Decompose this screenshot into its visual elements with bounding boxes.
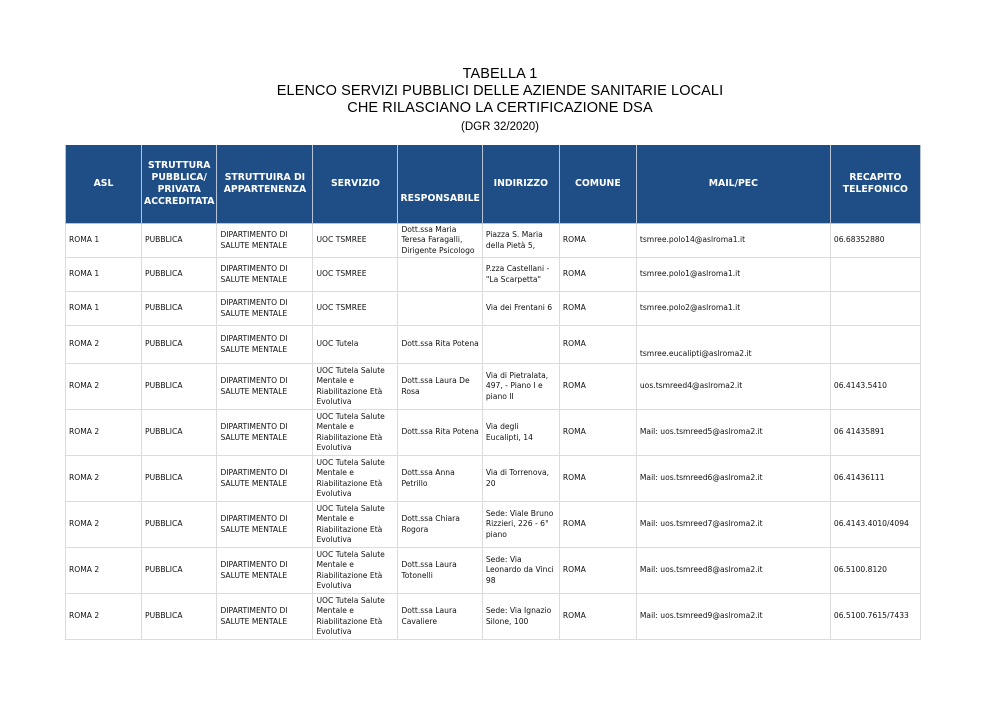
struttura-cell: PUBBLICA bbox=[142, 502, 217, 548]
struttura-cell: PUBBLICA bbox=[142, 456, 217, 502]
telefono-cell: 06 41435891 bbox=[830, 410, 920, 456]
table-row: ROMA 1PUBBLICADIPARTIMENTO DI SALUTE MEN… bbox=[66, 292, 921, 326]
struttura-cell: PUBBLICA bbox=[142, 548, 217, 594]
servizio-cell: UOC TSMREE bbox=[313, 292, 398, 326]
asl-cell: ROMA 1 bbox=[66, 292, 142, 326]
document-subtitle: (DGR 32/2020) bbox=[0, 118, 1000, 136]
appartenenza-cell: DIPARTIMENTO DI SALUTE MENTALE bbox=[217, 548, 313, 594]
responsabile-cell: Dott.ssa Laura Cavaliere bbox=[398, 594, 482, 640]
struttura-cell: PUBBLICA bbox=[142, 292, 217, 326]
struttura-cell: PUBBLICA bbox=[142, 410, 217, 456]
indirizzo-cell: Via di Pietralata, 497, - Piano I e pian… bbox=[482, 364, 559, 410]
asl-cell: ROMA 2 bbox=[66, 326, 142, 364]
comune-cell: ROMA bbox=[559, 292, 636, 326]
telefono-cell: 06.5100.7615/7433 bbox=[830, 594, 920, 640]
indirizzo-cell: Sede: Via Ignazio Silone, 100 bbox=[482, 594, 559, 640]
appartenenza-cell: DIPARTIMENTO DI SALUTE MENTALE bbox=[217, 594, 313, 640]
indirizzo-cell: Via degli Eucalipti, 14 bbox=[482, 410, 559, 456]
column-header-mail: MAIL/PEC bbox=[636, 145, 830, 224]
comune-cell: ROMA bbox=[559, 548, 636, 594]
responsabile-cell: Dott.ssa Rita Potena bbox=[398, 326, 482, 364]
indirizzo-cell: Piazza S. Maria della Pietà 5, bbox=[482, 224, 559, 258]
comune-cell: ROMA bbox=[559, 502, 636, 548]
table-header-row: ASL STRUTTURA PUBBLICA/ PRIVATA ACCREDIT… bbox=[66, 145, 921, 224]
mail-cell[interactable]: Mail: uos.tsmreed5@aslroma2.it bbox=[636, 410, 830, 456]
comune-cell: ROMA bbox=[559, 364, 636, 410]
document-header: TABELLA 1 ELENCO SERVIZI PUBBLICI DELLE … bbox=[0, 66, 1000, 136]
table-row: ROMA 1PUBBLICADIPARTIMENTO DI SALUTE MEN… bbox=[66, 258, 921, 292]
asl-cell: ROMA 2 bbox=[66, 364, 142, 410]
responsabile-cell: Dott.ssa Anna Petrillo bbox=[398, 456, 482, 502]
struttura-cell: PUBBLICA bbox=[142, 326, 217, 364]
appartenenza-cell: DIPARTIMENTO DI SALUTE MENTALE bbox=[217, 456, 313, 502]
responsabile-cell: Dott.ssa Laura De Rosa bbox=[398, 364, 482, 410]
servizio-cell: UOC TSMREE bbox=[313, 224, 398, 258]
mail-cell[interactable]: tsmree.polo14@aslroma1.it bbox=[636, 224, 830, 258]
table-number-title: TABELLA 1 bbox=[0, 66, 1000, 83]
asl-cell: ROMA 2 bbox=[66, 594, 142, 640]
comune-cell: ROMA bbox=[559, 594, 636, 640]
table-row: ROMA 2PUBBLICADIPARTIMENTO DI SALUTE MEN… bbox=[66, 410, 921, 456]
column-header-responsabile: RESPONSABILE bbox=[398, 145, 482, 224]
indirizzo-cell: Sede: Viale Bruno Rizzieri, 226 - 6° pia… bbox=[482, 502, 559, 548]
servizio-cell: UOC Tutela Salute Mentale e Riabilitazio… bbox=[313, 364, 398, 410]
column-header-appartenenza: STRUTTUIRA DI APPARTENENZA bbox=[217, 145, 313, 224]
servizio-cell: UOC TSMREE bbox=[313, 258, 398, 292]
appartenenza-cell: DIPARTIMENTO DI SALUTE MENTALE bbox=[217, 364, 313, 410]
table-row: ROMA 2PUBBLICADIPARTIMENTO DI SALUTE MEN… bbox=[66, 594, 921, 640]
asl-cell: ROMA 2 bbox=[66, 502, 142, 548]
appartenenza-cell: DIPARTIMENTO DI SALUTE MENTALE bbox=[217, 410, 313, 456]
indirizzo-cell: Via dei Frentani 6 bbox=[482, 292, 559, 326]
indirizzo-cell bbox=[482, 326, 559, 364]
mail-cell[interactable]: Mail: uos.tsmreed6@aslroma2.it bbox=[636, 456, 830, 502]
indirizzo-cell: P.zza Castellani - "La Scarpetta" bbox=[482, 258, 559, 292]
table-body: ROMA 1PUBBLICADIPARTIMENTO DI SALUTE MEN… bbox=[66, 224, 921, 640]
responsabile-cell: Dott.ssa Maria Teresa Faragalli, Dirigen… bbox=[398, 224, 482, 258]
mail-cell[interactable]: Mail: uos.tsmreed8@aslroma2.it bbox=[636, 548, 830, 594]
telefono-cell: 06.4143.5410 bbox=[830, 364, 920, 410]
table-row: ROMA 1PUBBLICADIPARTIMENTO DI SALUTE MEN… bbox=[66, 224, 921, 258]
responsabile-cell: Dott.ssa Rita Potena bbox=[398, 410, 482, 456]
asl-cell: ROMA 2 bbox=[66, 548, 142, 594]
indirizzo-cell: Sede: Via Leonardo da Vinci 98 bbox=[482, 548, 559, 594]
column-header-servizio: SERVIZIO bbox=[313, 145, 398, 224]
telefono-cell: 06.41436111 bbox=[830, 456, 920, 502]
table-row: ROMA 2PUBBLICADIPARTIMENTO DI SALUTE MEN… bbox=[66, 548, 921, 594]
comune-cell: ROMA bbox=[559, 326, 636, 364]
table-row: ROMA 2PUBBLICADIPARTIMENTO DI SALUTE MEN… bbox=[66, 364, 921, 410]
mail-cell[interactable]: Mail: uos.tsmreed7@aslroma2.it bbox=[636, 502, 830, 548]
responsabile-cell: Dott.ssa Laura Totonelli bbox=[398, 548, 482, 594]
servizio-cell: UOC Tutela Salute Mentale e Riabilitazio… bbox=[313, 456, 398, 502]
table-row: ROMA 2PUBBLICADIPARTIMENTO DI SALUTE MEN… bbox=[66, 456, 921, 502]
responsabile-cell: Dott.ssa Chiara Rogora bbox=[398, 502, 482, 548]
appartenenza-cell: DIPARTIMENTO DI SALUTE MENTALE bbox=[217, 292, 313, 326]
column-header-comune: COMUNE bbox=[559, 145, 636, 224]
telefono-cell bbox=[830, 258, 920, 292]
servizio-cell: UOC Tutela Salute Mentale e Riabilitazio… bbox=[313, 594, 398, 640]
struttura-cell: PUBBLICA bbox=[142, 594, 217, 640]
services-table: ASL STRUTTURA PUBBLICA/ PRIVATA ACCREDIT… bbox=[65, 145, 921, 640]
document-title-line-1: ELENCO SERVIZI PUBBLICI DELLE AZIENDE SA… bbox=[0, 83, 1000, 100]
servizio-cell: UOC Tutela Salute Mentale e Riabilitazio… bbox=[313, 548, 398, 594]
mail-cell[interactable]: uos.tsmreed4@aslroma2.it bbox=[636, 364, 830, 410]
appartenenza-cell: DIPARTIMENTO DI SALUTE MENTALE bbox=[217, 258, 313, 292]
asl-cell: ROMA 1 bbox=[66, 224, 142, 258]
appartenenza-cell: DIPARTIMENTO DI SALUTE MENTALE bbox=[217, 224, 313, 258]
servizio-cell: UOC Tutela bbox=[313, 326, 398, 364]
appartenenza-cell: DIPARTIMENTO DI SALUTE MENTALE bbox=[217, 502, 313, 548]
column-header-struttura: STRUTTURA PUBBLICA/ PRIVATA ACCREDITATA bbox=[142, 145, 217, 224]
struttura-cell: PUBBLICA bbox=[142, 364, 217, 410]
asl-cell: ROMA 1 bbox=[66, 258, 142, 292]
telefono-cell: 06.5100.8120 bbox=[830, 548, 920, 594]
document-title-line-2: CHE RILASCIANO LA CERTIFICAZIONE DSA bbox=[0, 100, 1000, 117]
column-header-asl: ASL bbox=[66, 145, 142, 224]
appartenenza-cell: DIPARTIMENTO DI SALUTE MENTALE bbox=[217, 326, 313, 364]
comune-cell: ROMA bbox=[559, 258, 636, 292]
struttura-cell: PUBBLICA bbox=[142, 224, 217, 258]
asl-cell: ROMA 2 bbox=[66, 456, 142, 502]
servizio-cell: UOC Tutela Salute Mentale e Riabilitazio… bbox=[313, 410, 398, 456]
telefono-cell: 06.4143.4010/4094 bbox=[830, 502, 920, 548]
servizio-cell: UOC Tutela Salute Mentale e Riabilitazio… bbox=[313, 502, 398, 548]
responsabile-cell bbox=[398, 292, 482, 326]
mail-cell[interactable]: tsmree.polo2@aslroma1.it bbox=[636, 292, 830, 326]
responsabile-cell bbox=[398, 258, 482, 292]
struttura-cell: PUBBLICA bbox=[142, 258, 217, 292]
telefono-cell: 06.68352880 bbox=[830, 224, 920, 258]
mail-cell[interactable]: tsmree.eucalipti@aslroma2.it bbox=[636, 326, 830, 364]
comune-cell: ROMA bbox=[559, 224, 636, 258]
comune-cell: ROMA bbox=[559, 456, 636, 502]
comune-cell: ROMA bbox=[559, 410, 636, 456]
table-row: ROMA 2PUBBLICADIPARTIMENTO DI SALUTE MEN… bbox=[66, 502, 921, 548]
telefono-cell bbox=[830, 292, 920, 326]
table-row: ROMA 2PUBBLICADIPARTIMENTO DI SALUTE MEN… bbox=[66, 326, 921, 364]
mail-cell[interactable]: tsmree.polo1@aslroma1.it bbox=[636, 258, 830, 292]
column-header-telefono: RECAPITO TELEFONICO bbox=[830, 145, 920, 224]
indirizzo-cell: Via di Torrenova, 20 bbox=[482, 456, 559, 502]
mail-cell[interactable]: Mail: uos.tsmreed9@aslroma2.it bbox=[636, 594, 830, 640]
column-header-indirizzo: INDIRIZZO bbox=[482, 145, 559, 224]
asl-cell: ROMA 2 bbox=[66, 410, 142, 456]
telefono-cell bbox=[830, 326, 920, 364]
